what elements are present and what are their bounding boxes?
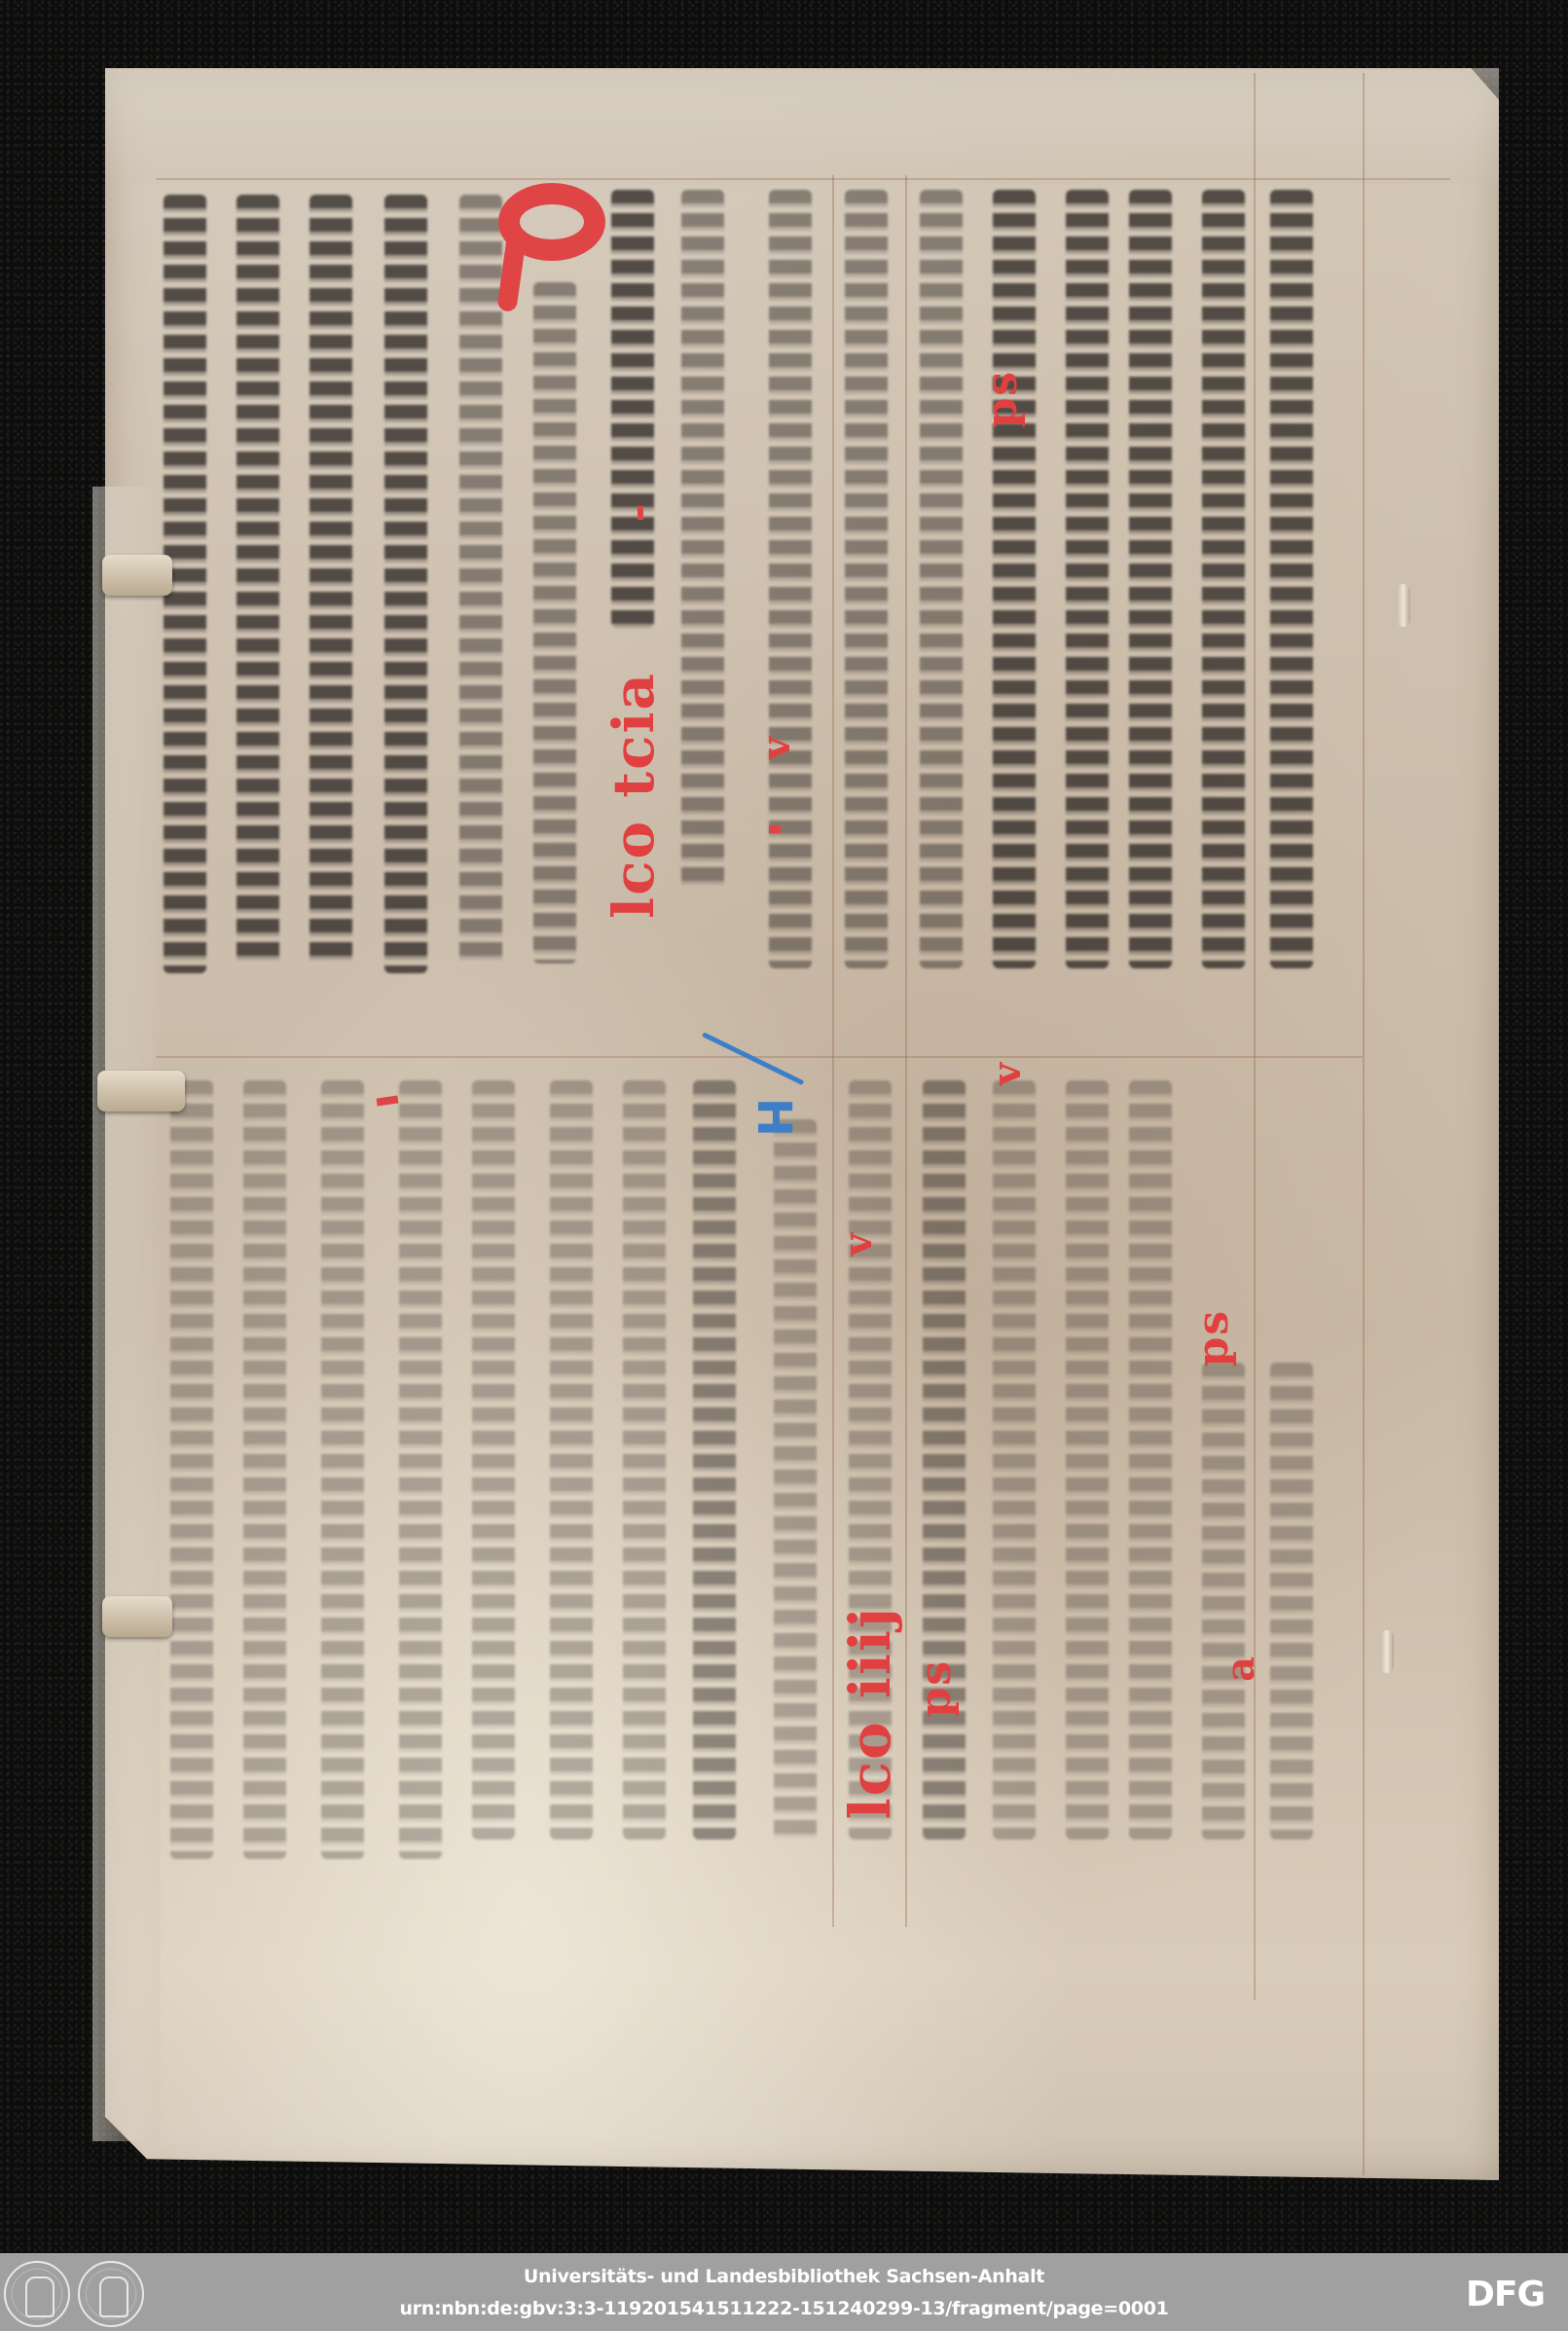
urn-identifier: urn:nbn:de:gbv:3:3-119201541511222-15124… — [0, 2298, 1568, 2319]
text-column — [237, 195, 279, 964]
text-column — [920, 190, 963, 968]
rubric-v: v — [839, 1231, 878, 1256]
text-column — [472, 1080, 515, 1839]
institution-name: Universitäts- und Landesbibliothek Sachs… — [0, 2266, 1568, 2287]
text-column — [170, 1080, 213, 1859]
text-column — [693, 1080, 736, 1839]
text-column — [1202, 1363, 1245, 1839]
ruling-line — [832, 175, 834, 1927]
blue-ink-mark: H — [747, 1098, 801, 1137]
text-column — [681, 190, 724, 891]
rubric-ps: ps — [981, 370, 1024, 428]
sewing-hole — [1397, 584, 1410, 627]
rubric-lco-iiij: lco iiij — [842, 1606, 898, 1819]
text-column — [611, 190, 654, 628]
text-column — [321, 1080, 364, 1859]
text-column — [923, 1080, 966, 1839]
rubric-v: v — [988, 1061, 1027, 1085]
text-column — [243, 1080, 286, 1859]
red-paragraph-mark — [769, 825, 781, 833]
ruling-line — [156, 1056, 1363, 1058]
rubric-a: a — [1222, 1655, 1260, 1682]
binding-strip — [92, 487, 161, 2141]
text-column — [1066, 190, 1109, 968]
text-column — [1270, 190, 1313, 968]
text-column — [399, 1080, 442, 1859]
text-column — [993, 190, 1036, 968]
text-column — [310, 195, 352, 964]
text-column — [623, 1080, 666, 1839]
ruling-line — [1254, 73, 1256, 2000]
text-column — [1129, 1080, 1172, 1839]
binding-tab — [102, 555, 172, 596]
ruling-line — [905, 175, 907, 1927]
rubric-v: v — [757, 735, 796, 759]
text-column — [1129, 190, 1172, 968]
ruling-line — [1363, 73, 1365, 2175]
text-column — [993, 1080, 1036, 1839]
rubric-ps: ps — [1192, 1309, 1235, 1367]
sewing-hole — [1380, 1630, 1394, 1673]
binding-tab — [102, 1596, 172, 1637]
text-column — [384, 195, 427, 973]
rubric-lco-tcia: lco tcia — [605, 672, 662, 919]
parchment-top-fold — [105, 68, 1499, 185]
rubric-ps: ps — [915, 1659, 958, 1718]
red-paragraph-mark — [638, 506, 643, 520]
ruling-line — [156, 178, 1450, 180]
text-column — [769, 190, 812, 968]
binding-tab — [97, 1071, 185, 1111]
dfg-logo-icon: DFG — [1466, 2275, 1545, 2314]
text-column — [550, 1080, 593, 1839]
text-column — [1270, 1363, 1313, 1839]
text-column — [845, 190, 888, 968]
text-column — [1066, 1080, 1109, 1839]
text-column — [459, 195, 502, 964]
text-column — [774, 1119, 817, 1839]
text-column — [1202, 190, 1245, 968]
library-footer: Universitäts- und Landesbibliothek Sachs… — [0, 2253, 1568, 2331]
text-column — [533, 282, 576, 964]
